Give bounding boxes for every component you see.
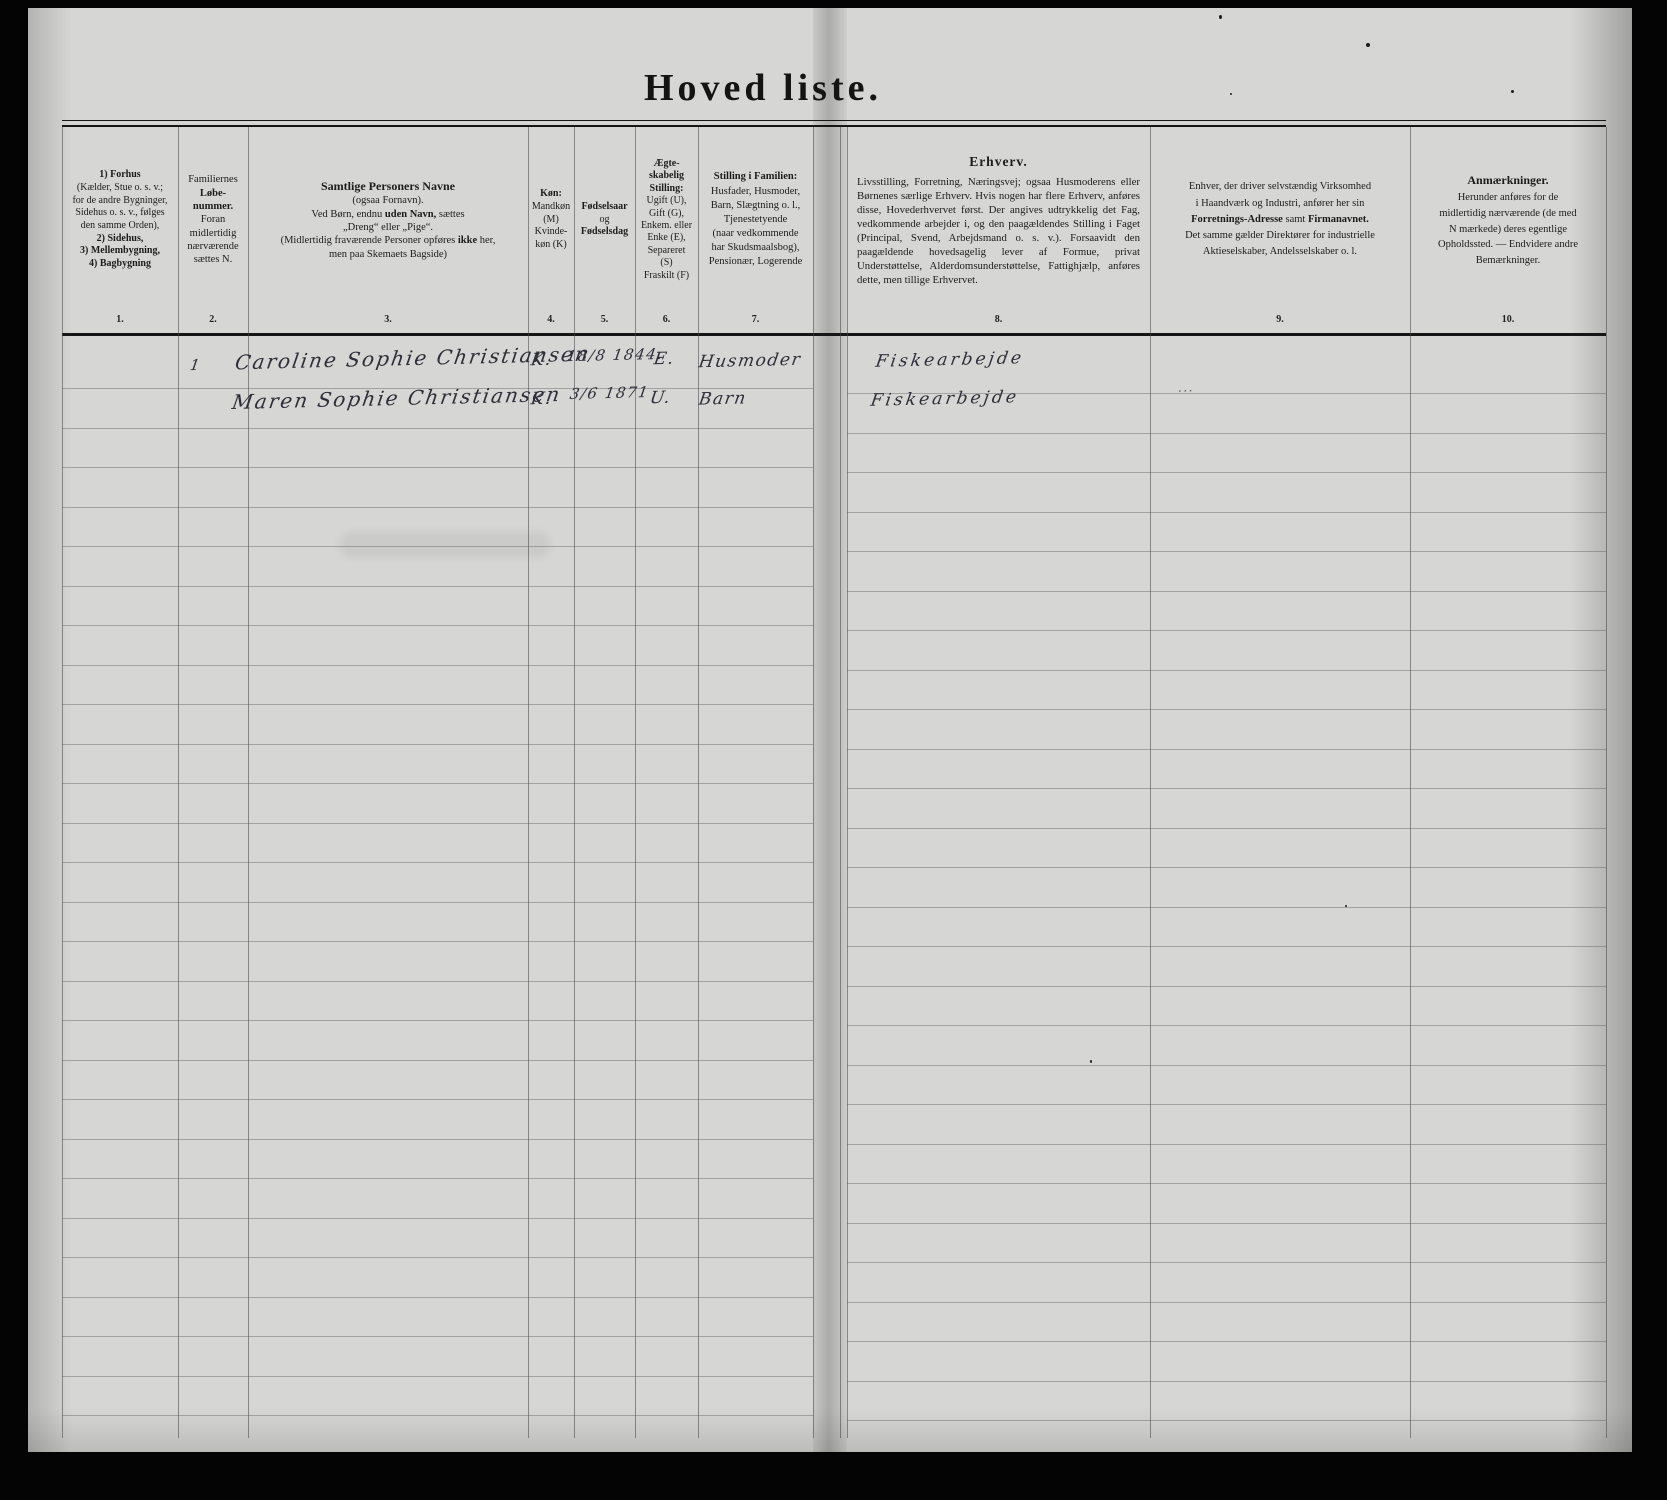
handwritten-remark-mark-row2: ··· [1177, 384, 1195, 398]
table-row-line [847, 630, 1606, 631]
page-fold-gutter [813, 8, 847, 1452]
table-row-line [62, 665, 813, 666]
handwritten-sex-row2: K. [529, 389, 553, 410]
column-separator [813, 127, 814, 1438]
column-number: 4. [547, 314, 555, 325]
column-header-family-position: Stilling i Familien:Husfader, Husmoder,B… [698, 132, 813, 308]
column-number: 3. [384, 314, 392, 325]
table-row-line [62, 1218, 813, 1219]
column-separator [1606, 127, 1607, 1438]
table-row-line [62, 1139, 813, 1140]
table-row-line [847, 867, 1606, 868]
dust-speck [1366, 43, 1370, 47]
table-row-line [62, 1178, 813, 1179]
table-row-line [62, 1020, 813, 1021]
table-row-line [847, 907, 1606, 908]
table-row-line [62, 941, 813, 942]
table-row-line [847, 1420, 1606, 1421]
column-separator [1150, 127, 1151, 1438]
table-row-line [847, 709, 1606, 710]
title-rule-thick [62, 125, 1606, 127]
column-header-marital-status: Ægte-skabeligStilling:Ugift (U),Gift (G)… [635, 132, 698, 308]
dust-speck [1345, 905, 1347, 907]
column-header-business-address: Enhver, der driver selvstændig Virksomhe… [1150, 132, 1410, 308]
table-row-line [62, 546, 813, 547]
dust-speck [1219, 15, 1222, 19]
table-row-line [62, 625, 813, 626]
table-row-line [847, 828, 1606, 829]
handwritten-sex-row1: K. [529, 350, 553, 371]
table-row-line [847, 670, 1606, 671]
table-row-line [847, 749, 1606, 750]
column-number: 8. [995, 314, 1003, 325]
table-row-line [62, 1257, 813, 1258]
table-row-line [847, 1104, 1606, 1105]
table-row-line [847, 1144, 1606, 1145]
table-row-line [62, 1060, 813, 1061]
table-row-line [847, 591, 1606, 592]
handwritten-birth-row1: 18/8 1844. [565, 345, 665, 365]
table-row-line [847, 986, 1606, 987]
table-row-line [847, 1065, 1606, 1066]
dust-speck [1230, 93, 1232, 95]
handwritten-family-position-row1: Husmoder [697, 350, 802, 372]
column-number: 6. [663, 314, 671, 325]
column-separator [1410, 127, 1411, 1438]
table-row-line [847, 472, 1606, 473]
table-row-line [847, 1262, 1606, 1263]
column-number: 5. [601, 314, 609, 325]
table-row-line [62, 507, 813, 508]
table-row-line [62, 1376, 813, 1377]
table-row-line [847, 1341, 1606, 1342]
header-bottom-rule [62, 333, 1606, 336]
table-row-line [847, 1025, 1606, 1026]
column-separator [840, 127, 841, 1438]
table-row-line [847, 788, 1606, 789]
table-row-line [62, 902, 813, 903]
handwritten-family-position-row2: Barn [697, 388, 748, 409]
table-row-line [62, 428, 813, 429]
table-row-line [62, 586, 813, 587]
table-row-line [62, 823, 813, 824]
table-row-line [62, 783, 813, 784]
column-number: 9. [1276, 314, 1284, 325]
handwritten-occupation-row2: Fiskearbejde [869, 387, 1020, 411]
column-header-birth: FødselsaarogFødselsdag [574, 132, 635, 308]
column-header-remarks: Anmærkninger.Herunder anføres for demidl… [1410, 132, 1606, 308]
table-row-line [62, 1297, 813, 1298]
dust-speck [1090, 1060, 1092, 1063]
table-row-line [62, 704, 813, 705]
handwritten-marital-row1: E. [652, 349, 676, 370]
occupation-header-title: Erhverv. [969, 153, 1028, 170]
column-number: 2. [209, 314, 217, 325]
bleed-through-smudge [340, 532, 550, 558]
scanned-census-page: Hoved liste. 1) Forhus(Kælder, Stue o. s… [0, 0, 1667, 1500]
column-header-names: Samtlige Personers Navne(ogsaa Fornavn).… [248, 132, 528, 308]
column-number: 7. [752, 314, 760, 325]
table-row-line [847, 512, 1606, 513]
column-header-sex: Køn:Mandkøn(M)Kvinde-køn (K) [528, 132, 574, 308]
title-rule-thin [62, 120, 1606, 121]
table-row-line [847, 1381, 1606, 1382]
table-row-line [62, 1099, 813, 1100]
table-row-line [847, 1223, 1606, 1224]
table-row-line [847, 1302, 1606, 1303]
table-row-line [62, 1336, 813, 1337]
column-separator [847, 127, 848, 1438]
column-number: 10. [1502, 314, 1515, 325]
table-row-line [62, 862, 813, 863]
table-row-line [847, 551, 1606, 552]
table-row-line [847, 1183, 1606, 1184]
table-row-line [62, 981, 813, 982]
table-row-line [62, 1415, 813, 1416]
table-row-line [62, 744, 813, 745]
occupation-header-paragraph: Livsstilling, Forretning, Næringsvej; og… [847, 175, 1150, 287]
handwritten-birth-row2: 3/6 1871 [568, 383, 650, 403]
table-row-line [62, 467, 813, 468]
column-header-family-number: FamiliernesLøbe-nummer.Foranmidlertidign… [178, 132, 248, 308]
page-title: Hoved liste. [513, 66, 1013, 110]
dust-speck [1511, 90, 1514, 93]
table-row-line [847, 946, 1606, 947]
handwritten-marital-row2: U. [648, 388, 672, 409]
column-header-building: 1) Forhus(Kælder, Stue o. s. v.;for de a… [62, 132, 178, 308]
handwritten-occupation-row1: Fiskearbejde [874, 348, 1025, 372]
column-header-occupation: Erhverv. Livsstilling, Forretning, Nærin… [847, 132, 1150, 308]
column-number: 1. [116, 314, 124, 325]
table-row-line [847, 433, 1606, 434]
